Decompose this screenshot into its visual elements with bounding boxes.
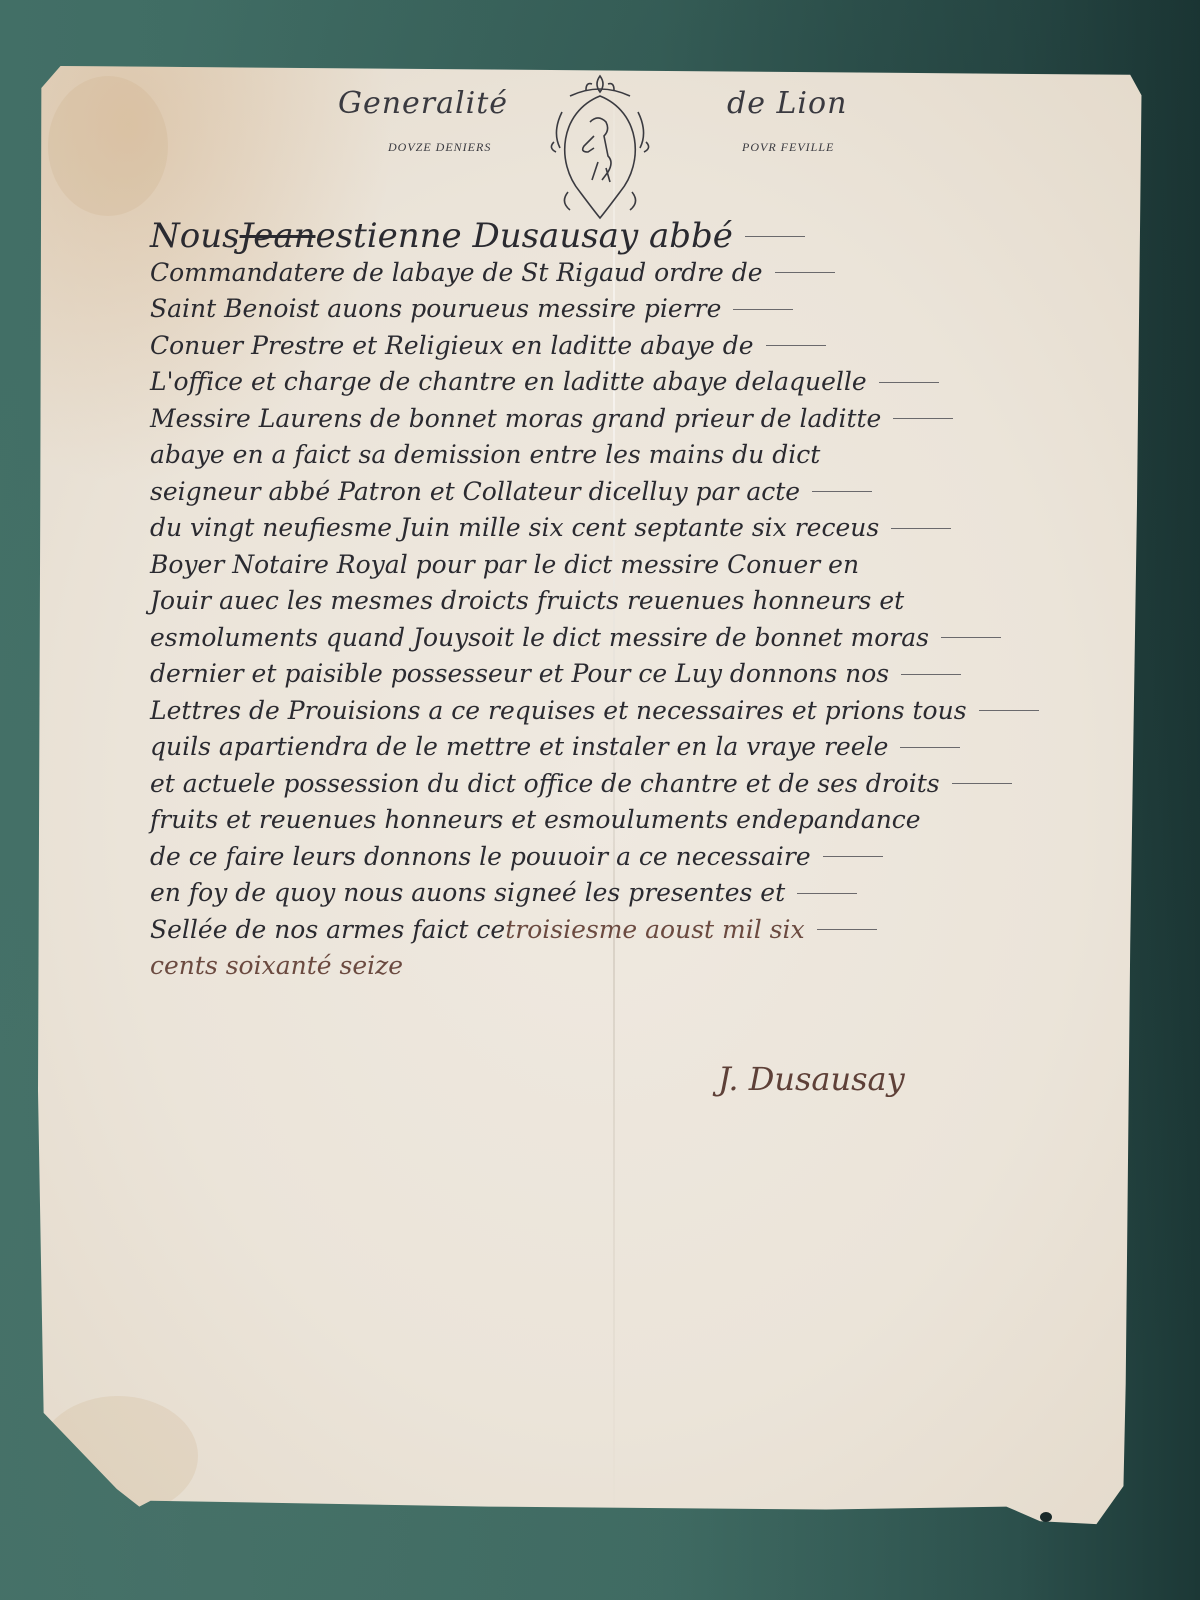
line-filler-dash (891, 528, 951, 529)
letter-body: Nous Jean estienne Dusausay abbé Command… (150, 218, 1110, 985)
letter-line: cents soixanté seize (150, 948, 1110, 985)
letterhead-title-right: de Lion (727, 86, 847, 121)
line-filler-dash (817, 929, 877, 930)
line-filler-dash (979, 710, 1039, 711)
letter-line: seigneur abbé Patron et Collateur dicell… (150, 474, 1110, 511)
line-filler-dash (893, 418, 953, 419)
letter-line: Saint Benoist auons pourueus messire pie… (150, 291, 1110, 328)
letter-line: du vingt neufiesme Juin mille six cent s… (150, 510, 1110, 547)
line-filler-dash (879, 382, 939, 383)
letter-line: Messire Laurens de bonnet moras grand pr… (150, 401, 1110, 438)
letter-line: et actuele possession du dict office de … (150, 766, 1110, 803)
letterhead-subtitle-right: POVR FEVILLE (742, 140, 834, 155)
letterhead-stamp: Generalité de Lion DOVZE DENIERS POVR FE… (0, 78, 1200, 228)
letter-line: quils apartiendra de le mettre et instal… (150, 729, 1110, 766)
line-filler-dash (952, 783, 1012, 784)
letter-line: Conuer Prestre et Religieux en laditte a… (150, 328, 1110, 365)
lion-crest-icon (540, 72, 660, 222)
paper-hole (1040, 1512, 1052, 1522)
struck-word: Jean (240, 218, 316, 255)
letterhead-subtitle-left: DOVZE DENIERS (388, 140, 491, 155)
letter-line: de ce faire leurs donnons le pouuoir a c… (150, 839, 1110, 876)
line-filler-dash (775, 272, 835, 273)
letter-line: Lettres de Prouisions a ce requises et n… (150, 693, 1110, 730)
letter-line: Boyer Notaire Royal pour par le dict mes… (150, 547, 1110, 584)
letter-line: en foy de quoy nous auons signeé les pre… (150, 875, 1110, 912)
date-text: cents soixanté seize (150, 948, 403, 985)
line-filler-dash (941, 637, 1001, 638)
line-filler-dash (901, 674, 961, 675)
date-text: troisiesme aoust mil six (505, 912, 804, 949)
signature: J. Dusausay (718, 1060, 905, 1098)
letter-line: fruits et reuenues honneurs et esmoulume… (150, 802, 1110, 839)
line-filler-dash (812, 491, 872, 492)
letter-line: Nous Jean estienne Dusausay abbé (150, 218, 1110, 255)
letter-line: Sellée de nos armes faict ce troisiesme … (150, 912, 1110, 949)
letter-line: L'office et charge de chantre en laditte… (150, 364, 1110, 401)
line-filler-dash (766, 345, 826, 346)
letter-line: dernier et paisible possesseur et Pour c… (150, 656, 1110, 693)
line-filler-dash (733, 309, 793, 310)
line-filler-dash (745, 236, 805, 237)
letterhead-title-left: Generalité (338, 86, 508, 121)
line-filler-dash (797, 893, 857, 894)
letter-line: esmoluments quand Jouysoit le dict messi… (150, 620, 1110, 657)
letter-line: Jouir auec les mesmes droicts fruicts re… (150, 583, 1110, 620)
letter-line: Commandatere de labaye de St Rigaud ordr… (150, 255, 1110, 292)
letter-line: abaye en a faict sa demission entre les … (150, 437, 1110, 474)
line-filler-dash (823, 856, 883, 857)
line-filler-dash (900, 747, 960, 748)
